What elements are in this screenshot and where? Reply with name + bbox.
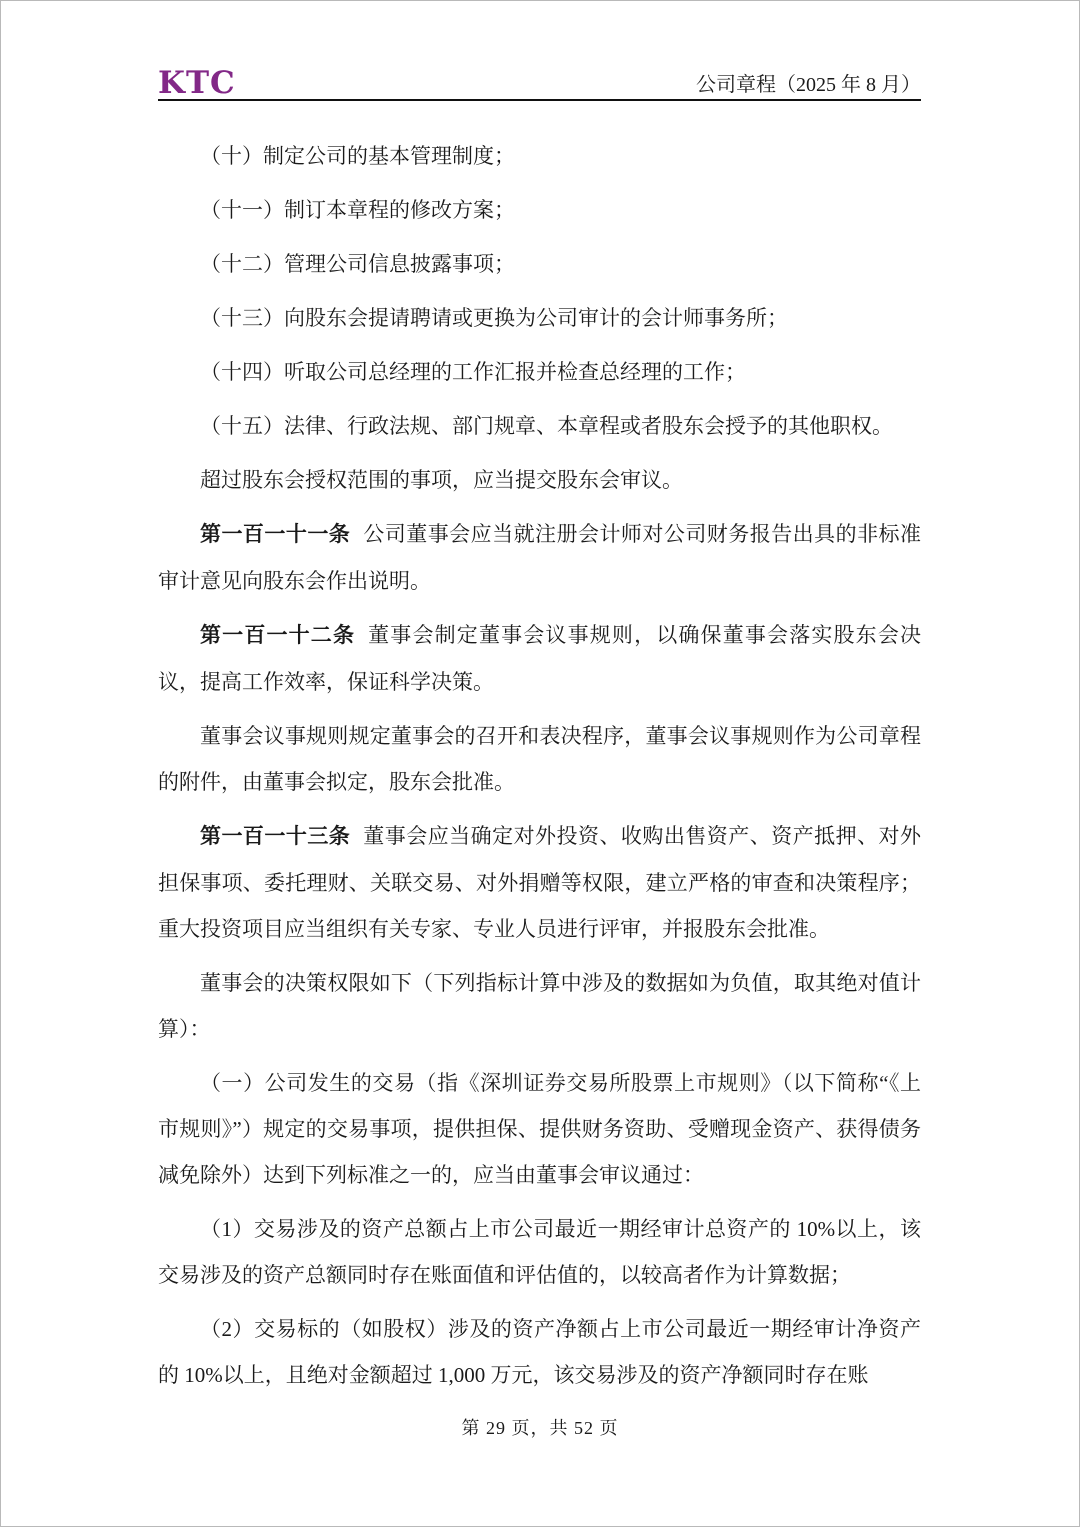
paragraph: 第一百一十三条董事会应当确定对外投资、收购出售资产、资产抵押、对外担保事项、委托…: [158, 813, 921, 952]
article-number: 第一百一十二条: [200, 624, 355, 647]
ktc-logo: KTC: [158, 68, 236, 98]
header-doc-title: 公司章程（2025 年 8 月）: [696, 72, 921, 98]
article-number: 第一百一十三条: [200, 825, 350, 848]
paragraph: （十一）制订本章程的修改方案；: [158, 187, 921, 233]
paragraph: （十四）听取公司总经理的工作汇报并检查总经理的工作；: [158, 349, 921, 395]
paragraph: 第一百一十一条公司董事会应当就注册会计师对公司财务报告出具的非标准审计意见向股东…: [158, 511, 921, 604]
paragraph: （一）公司发生的交易（指《深圳证券交易所股票上市规则》（以下简称“《上市规则》”…: [158, 1060, 921, 1198]
article-number: 第一百一十一条: [200, 523, 350, 546]
paragraph: 超过股东会授权范围的事项，应当提交股东会审议。: [158, 457, 921, 503]
paragraph: （十）制定公司的基本管理制度；: [158, 133, 921, 179]
document-page: KTC 公司章程（2025 年 8 月） （十）制定公司的基本管理制度；（十一）…: [0, 0, 1080, 1527]
paragraph: （十三）向股东会提请聘请或更换为公司审计的会计师事务所；: [158, 295, 921, 341]
paragraph: （十二）管理公司信息披露事项；: [158, 241, 921, 287]
page-header: KTC 公司章程（2025 年 8 月）: [158, 1, 921, 101]
paragraph: 第一百一十二条董事会制定董事会议事规则，以确保董事会落实股东会决议，提高工作效率…: [158, 612, 921, 705]
document-body: （十）制定公司的基本管理制度；（十一）制订本章程的修改方案；（十二）管理公司信息…: [158, 133, 921, 1406]
paragraph: （2）交易标的（如股权）涉及的资产净额占上市公司最近一期经审计净资产的 10%以…: [158, 1306, 921, 1398]
page-footer: 第 29 页，共 52 页: [1, 1417, 1079, 1439]
page-number: 第 29 页，共 52 页: [462, 1418, 619, 1438]
paragraph: 董事会的决策权限如下（下列指标计算中涉及的数据如为负值，取其绝对值计算）：: [158, 960, 921, 1052]
paragraph: （十五）法律、行政法规、部门规章、本章程或者股东会授予的其他职权。: [158, 403, 921, 449]
paragraph: 董事会议事规则规定董事会的召开和表决程序，董事会议事规则作为公司章程的附件，由董…: [158, 713, 921, 805]
paragraph: （1）交易涉及的资产总额占上市公司最近一期经审计总资产的 10%以上，该交易涉及…: [158, 1206, 921, 1298]
